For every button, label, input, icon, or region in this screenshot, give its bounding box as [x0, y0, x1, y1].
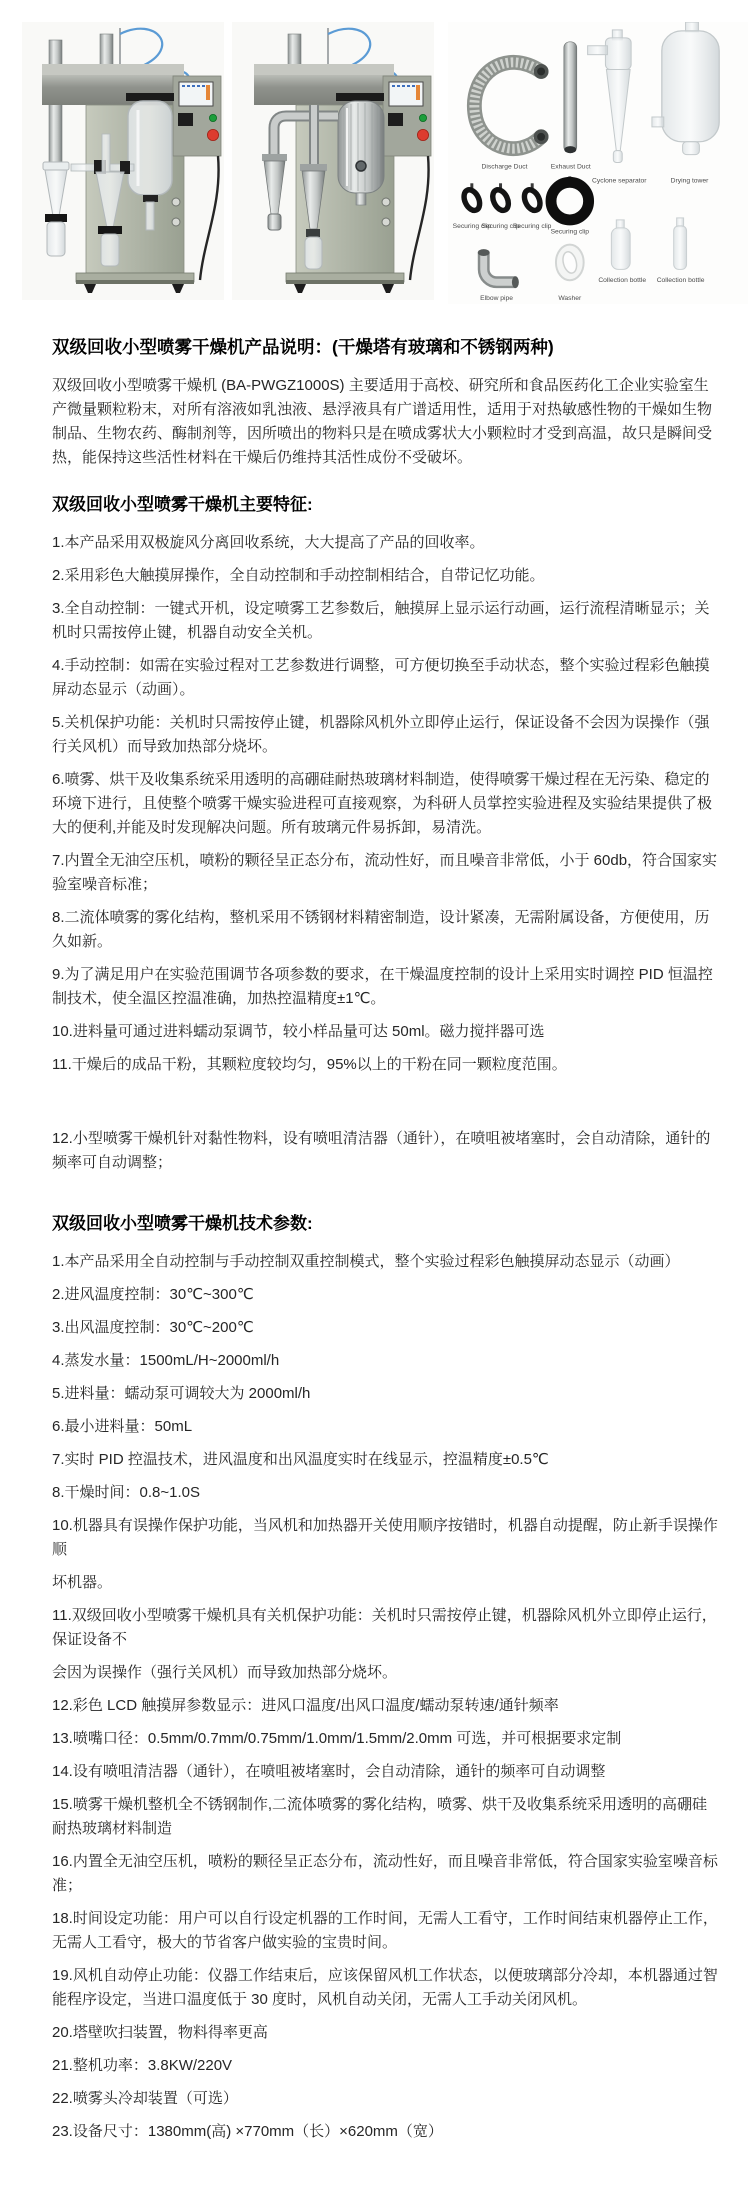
feature-item-8: 8.二流体喷雾的雾化结构，整机采用不锈钢材料精密制造，设计紧凑，无需附属设备，方… — [52, 906, 720, 954]
spec-item-5: 5.进料量：蠕动泵可调较大为 2000ml/h — [52, 1382, 720, 1406]
feature-item-10: 10.进料量可通过进料蠕动泵调节，较小样品量可达 50ml。磁力搅拌器可选 — [52, 1020, 720, 1044]
control-panel — [173, 76, 221, 156]
feature-item-6: 6.喷雾、烘干及收集系统采用透明的高硼硅耐热玻璃材料制造，使得喷雾干燥过程在无污… — [52, 768, 720, 840]
spec-item-12: 12.彩色 LCD 触摸屏参数显示：进风口温度/出风口温度/蠕动泵转速/通针频率 — [52, 1694, 720, 1718]
product-title: 双级回收小型喷雾干燥机产品说明：(干燥塔有玻璃和不锈钢两种) — [52, 334, 720, 360]
spec-item-8: 8.干燥时间：0.8~1.0S — [52, 1481, 720, 1505]
spec-item-11b: 会因为误操作（强行关风机）而导致加热部分烧坏。 — [52, 1661, 720, 1685]
spec-item-10b: 坏机器。 — [52, 1571, 720, 1595]
feature-item-9: 9.为了满足用户在实验范围调节各项参数的要求，在干燥温度控制的设计上采用实时调控… — [52, 963, 720, 1011]
control-panel — [383, 76, 431, 156]
green-button — [209, 114, 216, 121]
spray-dryer-glass-tower-photo — [16, 14, 228, 306]
spec-item-3: 3.出风温度控制：30℃~200℃ — [52, 1316, 720, 1340]
exhaust-duct-label: Exhaust Duct — [551, 163, 591, 170]
spec-item-11a: 11.双级回收小型喷雾干燥机具有关机保护功能：关机时只需按停止键，机器除风机外立… — [52, 1604, 720, 1652]
feature-item-2: 2.采用彩色大触摸屏操作，全自动控制和手动控制相结合，自带记忆功能。 — [52, 564, 720, 588]
exhaust-duct-shape — [564, 42, 577, 153]
spec-item-21: 21.整机功率：3.8KW/220V — [52, 2054, 720, 2078]
collection-bottle-label-1: Collection bottle — [598, 277, 646, 284]
securing-clip-label-4: Securing clip — [551, 229, 590, 236]
washer-label: Washer — [558, 295, 582, 302]
accessory-parts-photo: Discharge Duct Exhaust Duct Cyclone sepa… — [448, 22, 748, 304]
spec-item-15: 15.喷雾干燥机整机全不锈钢制作,二流体喷雾的雾化结构，喷雾、烘干及收集系统采用… — [52, 1793, 720, 1841]
feature-item-5: 5.关机保护功能：关机时只需按停止键，机器除风机外立即停止运行，保证设备不会因为… — [52, 711, 720, 759]
cyclone-separator-label: Cyclone separator — [592, 177, 647, 184]
feature-item-12: 12.小型喷雾干燥机针对黏性物料，设有喷咀清洁器（通针），在喷咀被堵塞时，会自动… — [52, 1127, 720, 1175]
feature-item-1: 1.本产品采用双极旋风分离回收系统，大大提高了产品的回收率。 — [52, 531, 720, 555]
red-button — [417, 129, 428, 140]
spec-item-18: 18.时间设定功能：用户可以自行设定机器的工作时间，无需人工看守，工作时间结束机… — [52, 1907, 720, 1955]
product-gallery: Discharge Duct Exhaust Duct Cyclone sepa… — [52, 14, 720, 310]
spec-item-10a: 10.机器具有误操作保护功能，当风机和加热器开关使用顺序按错时，机器自动提醒，防… — [52, 1514, 720, 1562]
specs-heading: 双级回收小型喷雾干燥机技术参数: — [52, 1211, 720, 1237]
product-intro-paragraph: 双级回收小型喷雾干燥机 (BA-PWGZ1000S) 主要适用于高校、研究所和食… — [52, 374, 720, 470]
feature-item-3: 3.全自动控制：一键式开机，设定喷雾工艺参数后，触摸屏上显示运行动画，运行流程清… — [52, 597, 720, 645]
spec-item-23: 23.设备尺寸：1380mm(高) ×770mm（长）×620mm（宽） — [52, 2120, 720, 2144]
product-page: Discharge Duct Exhaust Duct Cyclone sepa… — [0, 14, 750, 2197]
spray-dryer-steel-tower-photo — [226, 14, 438, 306]
elbow-pipe-label: Elbow pipe — [480, 295, 513, 302]
discharge-duct-label: Discharge Duct — [482, 163, 528, 170]
spec-item-7: 7.实时 PID 控温技术，进风温度和出风温度实时在线显示，控温精度±0.5℃ — [52, 1448, 720, 1472]
drying-tower-label: Drying tower — [671, 177, 709, 184]
spec-item-2: 2.进风温度控制：30℃~300℃ — [52, 1283, 720, 1307]
steel-drying-tower — [338, 101, 384, 205]
spec-item-19: 19.风机自动停止功能：仪器工作结束后，应该保留风机工作状态，以便玻璃部分冷却，… — [52, 1964, 720, 2012]
green-button — [419, 114, 426, 121]
spec-item-13: 13.喷嘴口径：0.5mm/0.7mm/0.75mm/1.0mm/1.5mm/2… — [52, 1727, 720, 1751]
feature-item-4: 4.手动控制：如需在实验过程对工艺参数进行调整，可方便切换至手动状态，整个实验过… — [52, 654, 720, 702]
collection-bottle-label-2: Collection bottle — [657, 277, 705, 284]
spec-item-6: 6.最小进料量：50mL — [52, 1415, 720, 1439]
spec-item-20: 20.塔壁吹扫装置，物料得率更高 — [52, 2021, 720, 2045]
spec-item-1: 1.本产品采用全自动控制与手动控制双重控制模式，整个实验过程彩色触摸屏动态显示（… — [52, 1250, 720, 1274]
feature-item-11: 11.干燥后的成品干粉，其颗粒度较均匀，95%以上的干粉在同一颗粒度范围。 — [52, 1053, 720, 1077]
securing-clip-label-3: Securing clip — [513, 223, 552, 230]
spec-item-14: 14.设有喷咀清洁器（通针），在喷咀被堵塞时，会自动清除，通针的频率可自动调整 — [52, 1760, 720, 1784]
feature-item-7: 7.内置全无油空压机，喷粉的颗径呈正态分布，流动性好，而且噪音非常低，小于 60… — [52, 849, 720, 897]
spec-item-22: 22.喷雾头冷却装置（可选） — [52, 2087, 720, 2111]
spec-item-16: 16.内置全无油空压机，喷粉的颗径呈正态分布，流动性好，而且噪音非常低，符合国家… — [52, 1850, 720, 1898]
spec-item-4: 4.蒸发水量：1500mL/H~2000ml/h — [52, 1349, 720, 1373]
washer-shape — [556, 245, 584, 281]
features-heading: 双级回收小型喷雾干燥机主要特征: — [52, 492, 720, 518]
red-button — [207, 129, 218, 140]
